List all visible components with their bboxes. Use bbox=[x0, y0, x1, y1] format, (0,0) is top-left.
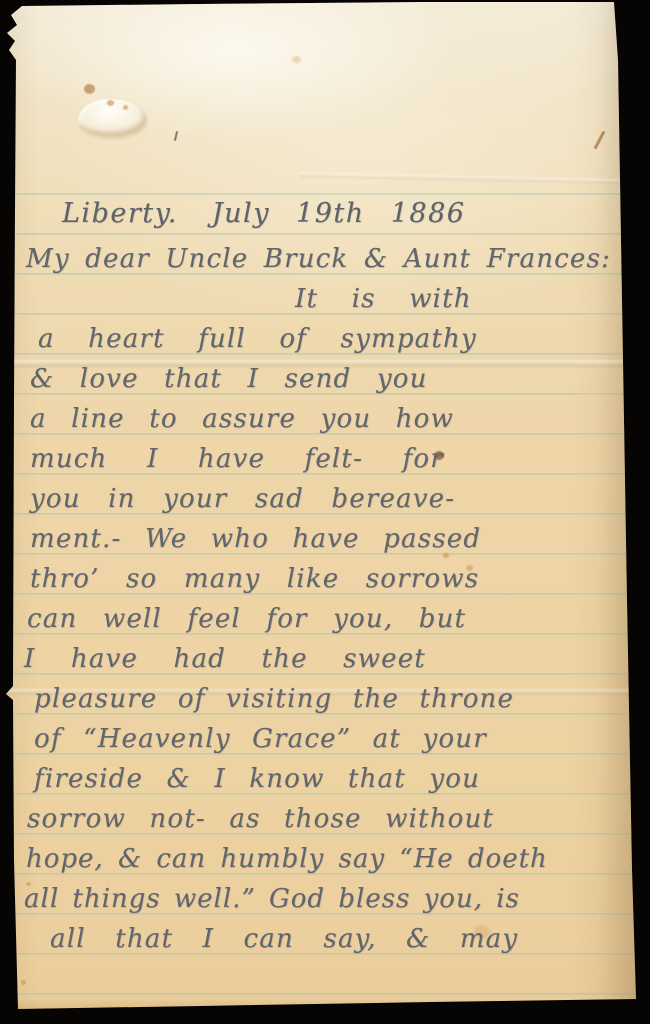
letter-line: ment.- We who have passed bbox=[0, 520, 650, 560]
letter-body: My dear Uncle Bruck & Aunt Frances:It is… bbox=[0, 240, 650, 960]
letter-line: I have had the sweet bbox=[0, 640, 650, 680]
letter-line: all that I can say, & may bbox=[0, 920, 650, 960]
letter-line: hope, & can humbly say “He doeth bbox=[0, 840, 650, 880]
ruled-line bbox=[0, 193, 650, 195]
letter-line: pleasure of visiting the throne bbox=[0, 680, 650, 720]
letter-line: can well feel for you, but bbox=[0, 600, 650, 640]
letter-line: much I have felt- for bbox=[0, 440, 650, 480]
letter-line: & love that I send you bbox=[0, 360, 650, 400]
letter-line: you in your sad bereave- bbox=[0, 480, 650, 520]
letter-line: thro’ so many like sorrows bbox=[0, 560, 650, 600]
pen-mark bbox=[174, 131, 178, 141]
embossed-seal bbox=[78, 99, 146, 136]
scan-background: { "scan": { "background_color": "#070504… bbox=[0, 0, 650, 1024]
heading-date: July 19th 1886 bbox=[212, 198, 466, 229]
stain bbox=[292, 56, 301, 63]
stain bbox=[593, 130, 605, 149]
letter-line: My dear Uncle Bruck & Aunt Frances: bbox=[0, 240, 650, 280]
letter-line: fireside & I know that you bbox=[0, 760, 650, 800]
letter-line: sorrow not- as those without bbox=[0, 800, 650, 840]
letter-line: a line to assure you how bbox=[0, 400, 650, 440]
letter-line: It is with bbox=[0, 280, 650, 320]
ruled-line bbox=[0, 993, 650, 995]
letter-line: all things well.” God bless you, is bbox=[0, 880, 650, 920]
letter-heading: Liberty.July 19th 1886 bbox=[62, 198, 465, 238]
heading-place: Liberty. bbox=[62, 198, 178, 229]
stain bbox=[21, 980, 26, 985]
stain bbox=[84, 84, 95, 94]
letter-line: of “Heavenly Grace” at your bbox=[0, 720, 650, 760]
fold-crease bbox=[300, 172, 650, 184]
letter-page: Liberty.July 19th 1886 My dear Uncle Bru… bbox=[0, 0, 650, 1024]
letter-line: a heart full of sympathy bbox=[0, 320, 650, 360]
